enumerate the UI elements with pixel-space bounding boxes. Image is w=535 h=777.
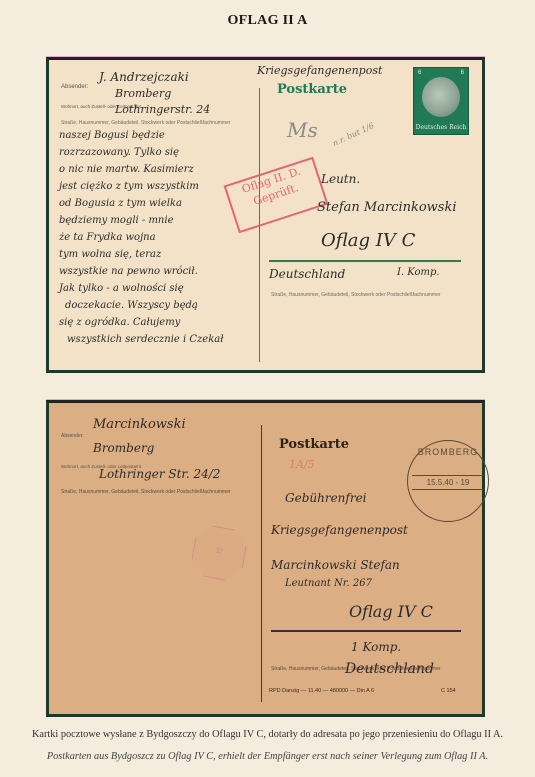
caption-german: Postkarten aus Bydgoszcz zu Oflag IV C, … (0, 751, 535, 762)
recipient-camp: Oflag IV C (321, 230, 415, 251)
card-divider (261, 425, 262, 702)
stamp-value-left: 6 (418, 70, 421, 76)
message-line: rozrzazowany. Tylko się (59, 147, 179, 158)
message-line: od Bogusia z tym wielka (59, 198, 182, 209)
address-rule (271, 630, 461, 632)
message-line: się z ogródka. Całujemy (59, 317, 180, 328)
postkarte-label: Postkarte (277, 82, 347, 97)
recipient-rank: Leutnant Nr. 267 (285, 578, 372, 589)
message-line: naszej Bogusi będzie (59, 130, 165, 141)
recipient-country: Deutschland (345, 661, 434, 677)
recipient-name: Stefan Marcinkowski (317, 200, 457, 215)
recipient-company: 1 Komp. (351, 640, 401, 654)
sender-name: Marcinkowski (93, 417, 186, 432)
sender-city: Bromberg (93, 441, 154, 455)
absender-label: Absender: (61, 433, 84, 439)
message-line: będziemy mogli - mnie (59, 215, 174, 226)
sender-city: Bromberg (115, 87, 171, 100)
postmark-city: BROMBERG (408, 447, 488, 457)
postcard-oflag-iv-c-second: Absender: Marcinkowski Bromberg Wohnort,… (46, 400, 485, 717)
message-line: tym wolna się, teraz (59, 249, 161, 260)
form-number: C 154 (441, 688, 456, 694)
strasse-label: Straße, Hausnummer, Gebäudeteil, Stockwe… (61, 489, 231, 495)
postkarte-label: Postkarte (279, 437, 349, 452)
absender-label: Absender: (61, 84, 88, 90)
recipient-rank: Leutn. (321, 172, 360, 186)
message-line: o nic nie martw. Kasimierz (59, 164, 194, 175)
header-kriegsgefangenenpost: Kriegsgefangenenpost (271, 523, 408, 537)
message-line: że ta Frydka wojna (59, 232, 156, 243)
address-rule (269, 260, 461, 262)
censor-text: 32 (215, 547, 224, 555)
censor-stamp-red: Oflag II. D. Geprüft. (224, 157, 329, 234)
red-pencil-mark: 1A/5 (289, 458, 315, 471)
sender-street: Lothringerstr. 24 (115, 103, 210, 116)
recipient-company: I. Komp. (397, 267, 440, 278)
hindenburg-stamp: 6 6 Deutsches Reich (413, 67, 469, 135)
recipient-name: Marcinkowski Stefan (271, 558, 400, 572)
message-line: doczekacie. Wszyscy będą (65, 300, 198, 311)
caption-polish: Kartki pocztowe wysłane z Bydgoszczy do … (0, 729, 535, 740)
censor-stamp-hexagonal: 32 (189, 523, 249, 583)
message-line: jest ciężko z tym wszystkim (59, 181, 199, 192)
portrait-icon (422, 77, 460, 117)
stamp-legend: Deutsches Reich (414, 124, 468, 131)
postcard-oflag-iv-c-first: Absender: J. Andrzejczaki Bromberg Wohno… (46, 57, 485, 373)
pencil-note: n.r. but 1/6 (331, 121, 375, 148)
bromberg-postmark: BROMBERG 15.5.40 - 19 (407, 440, 489, 522)
stamp-value-right: 6 (461, 70, 464, 76)
recipient-camp: Oflag IV C (349, 602, 433, 621)
address-footer-label: Straße, Hausnummer, Gebäudeteil, Stockwe… (271, 292, 441, 298)
postmark-date: 15.5.40 - 19 (412, 475, 484, 490)
pencil-mark: Ms (287, 118, 318, 142)
recipient-country: Deutschland (269, 267, 345, 281)
sender-street: Lothringer Str. 24/2 (99, 467, 220, 481)
page-title: OFLAG II A (0, 13, 535, 29)
message-line: Jak tylko - a wolności się (59, 283, 184, 294)
message-line: wszystkie na pewno wrócił. (59, 266, 198, 277)
sender-name: J. Andrzejczaki (99, 70, 189, 84)
strasse-label: Straße, Hausnummer, Gebäudeteil, Stockwe… (61, 120, 231, 126)
fee-note: Gebührenfrei (285, 491, 367, 505)
message-line: wszystkich serdecznie i Czekał (67, 334, 223, 345)
printer-imprint: RPD Danzig — 11.40 — 480000 — Din A 6 (269, 688, 374, 694)
header-kriegsgefangenenpost: Kriegsgefangenenpost (257, 64, 382, 77)
